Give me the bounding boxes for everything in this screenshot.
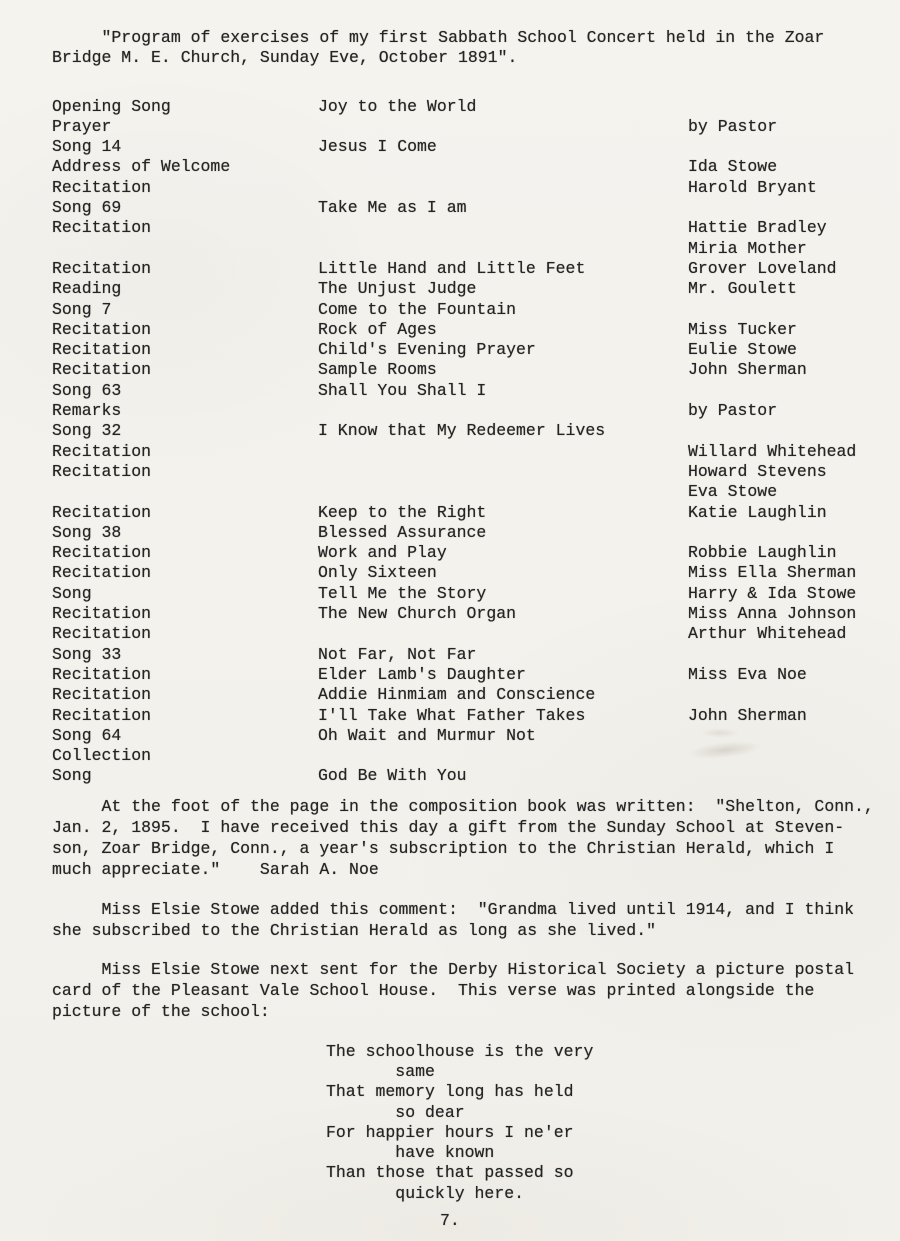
paragraph-line: At the foot of the page in the compositi… bbox=[52, 796, 880, 817]
verse-line: That memory long has held bbox=[326, 1082, 880, 1102]
paper-smudge-small bbox=[700, 728, 740, 738]
program-row: Opening Song Joy to the World bbox=[52, 97, 880, 117]
program-item-title: Oh Wait and Murmur Not bbox=[318, 726, 688, 746]
program-item-performer bbox=[688, 97, 880, 117]
program-item-type: Song bbox=[52, 584, 318, 604]
program-item-title: I Know that My Redeemer Lives bbox=[318, 421, 688, 441]
program-row: Prayer by Pastor bbox=[52, 117, 880, 137]
program-item-type bbox=[52, 239, 318, 259]
note-paragraph-comment: Miss Elsie Stowe added this comment: "Gr… bbox=[52, 899, 880, 941]
intro-line: Bridge M. E. Church, Sunday Eve, October… bbox=[52, 48, 880, 68]
verse-line: so dear bbox=[326, 1103, 880, 1123]
program-item-performer: by Pastor bbox=[688, 117, 880, 137]
program-item-title: Little Hand and Little Feet bbox=[318, 259, 688, 279]
program-item-performer: Miss Ella Sherman bbox=[688, 563, 880, 583]
program-item-type: Recitation bbox=[52, 340, 318, 360]
program-item-performer: Eva Stowe bbox=[688, 482, 880, 502]
program-item-title: Work and Play bbox=[318, 543, 688, 563]
program-item-title: Jesus I Come bbox=[318, 137, 688, 157]
program-item-performer: Robbie Laughlin bbox=[688, 543, 880, 563]
program-item-title: Come to the Fountain bbox=[318, 300, 688, 320]
note-paragraph-gift: At the foot of the page in the compositi… bbox=[52, 796, 880, 880]
program-row: Eva Stowe bbox=[52, 482, 880, 502]
program-item-type: Collection bbox=[52, 746, 318, 766]
program-row: Song 69 Take Me as I am bbox=[52, 198, 880, 218]
program-item-type: Address of Welcome bbox=[52, 157, 318, 177]
program-item-performer bbox=[688, 766, 880, 786]
program-item-type: Recitation bbox=[52, 503, 318, 523]
program-row: Recitation Elder Lamb's Daughter Miss Ev… bbox=[52, 665, 880, 685]
program-item-title: Rock of Ages bbox=[318, 320, 688, 340]
program-item-performer: John Sherman bbox=[688, 360, 880, 380]
program-item-title: Elder Lamb's Daughter bbox=[318, 665, 688, 685]
program-row: Song 32 I Know that My Redeemer Lives bbox=[52, 421, 880, 441]
program-item-type: Recitation bbox=[52, 360, 318, 380]
program-item-performer: Eulie Stowe bbox=[688, 340, 880, 360]
program-row: Song 38 Blessed Assurance bbox=[52, 523, 880, 543]
program-item-type: Song 33 bbox=[52, 645, 318, 665]
note-paragraph-postcard: Miss Elsie Stowe next sent for the Derby… bbox=[52, 959, 880, 1022]
program-item-title bbox=[318, 157, 688, 177]
program-row: Recitation Keep to the Right Katie Laugh… bbox=[52, 503, 880, 523]
program-item-performer: Willard Whitehead bbox=[688, 442, 880, 462]
program-item-type: Song 63 bbox=[52, 381, 318, 401]
program-item-performer: Katie Laughlin bbox=[688, 503, 880, 523]
program-item-title: The New Church Organ bbox=[318, 604, 688, 624]
program-item-type: Song 32 bbox=[52, 421, 318, 441]
program-item-performer: John Sherman bbox=[688, 706, 880, 726]
paragraph-line: Jan. 2, 1895. I have received this day a… bbox=[52, 817, 880, 838]
program-item-type: Reading bbox=[52, 279, 318, 299]
intro-paragraph: "Program of exercises of my first Sabbat… bbox=[52, 28, 880, 69]
program-item-type: Song 14 bbox=[52, 137, 318, 157]
program-row: Remarks by Pastor bbox=[52, 401, 880, 421]
program-list: Opening Song Joy to the World Prayer by … bbox=[52, 97, 880, 787]
program-item-title: Keep to the Right bbox=[318, 503, 688, 523]
program-row: Recitation I'll Take What Father Takes J… bbox=[52, 706, 880, 726]
program-item-title: Tell Me the Story bbox=[318, 584, 688, 604]
program-item-title: Not Far, Not Far bbox=[318, 645, 688, 665]
program-item-type: Song 64 bbox=[52, 726, 318, 746]
program-item-title: I'll Take What Father Takes bbox=[318, 706, 688, 726]
paragraph-line: card of the Pleasant Vale School House. … bbox=[52, 980, 880, 1001]
paragraph-line: she subscribed to the Christian Herald a… bbox=[52, 920, 880, 941]
program-item-type: Song 38 bbox=[52, 523, 318, 543]
program-item-title: The Unjust Judge bbox=[318, 279, 688, 299]
program-item-title bbox=[318, 482, 688, 502]
program-item-type: Recitation bbox=[52, 604, 318, 624]
verse-line: For happier hours I ne'er bbox=[326, 1123, 880, 1143]
program-item-performer bbox=[688, 685, 880, 705]
program-item-performer: Harold Bryant bbox=[688, 178, 880, 198]
program-item-title: Addie Hinmiam and Conscience bbox=[318, 685, 688, 705]
schoolhouse-verse: The schoolhouse is the very same That me… bbox=[326, 1042, 880, 1204]
page-number: 7. bbox=[440, 1211, 880, 1231]
program-row: Recitation Harold Bryant bbox=[52, 178, 880, 198]
paragraph-line: son, Zoar Bridge, Conn., a year's subscr… bbox=[52, 838, 880, 859]
program-item-type: Song 69 bbox=[52, 198, 318, 218]
program-item-title bbox=[318, 624, 688, 644]
program-row: Recitation Only Sixteen Miss Ella Sherma… bbox=[52, 563, 880, 583]
program-item-performer: Mr. Goulett bbox=[688, 279, 880, 299]
program-item-title bbox=[318, 218, 688, 238]
paragraph-line: Miss Elsie Stowe added this comment: "Gr… bbox=[52, 899, 880, 920]
program-item-title: Shall You Shall I bbox=[318, 381, 688, 401]
program-row: Recitation Willard Whitehead bbox=[52, 442, 880, 462]
program-row: Recitation Addie Hinmiam and Conscience bbox=[52, 685, 880, 705]
program-item-performer: Ida Stowe bbox=[688, 157, 880, 177]
scanned-document-page: "Program of exercises of my first Sabbat… bbox=[0, 0, 900, 1241]
program-row: Song 7 Come to the Fountain bbox=[52, 300, 880, 320]
program-item-title bbox=[318, 117, 688, 137]
program-item-type: Recitation bbox=[52, 442, 318, 462]
program-item-performer: Arthur Whitehead bbox=[688, 624, 880, 644]
program-row: Song God Be With You bbox=[52, 766, 880, 786]
program-item-performer: Miria Mother bbox=[688, 239, 880, 259]
program-row: Recitation Little Hand and Little Feet G… bbox=[52, 259, 880, 279]
program-item-performer: Harry & Ida Stowe bbox=[688, 584, 880, 604]
program-item-performer: Howard Stevens bbox=[688, 462, 880, 482]
program-row: Recitation Child's Evening Prayer Eulie … bbox=[52, 340, 880, 360]
paragraph-line: Miss Elsie Stowe next sent for the Derby… bbox=[52, 959, 880, 980]
program-item-type: Prayer bbox=[52, 117, 318, 137]
paragraph-line: much appreciate." Sarah A. Noe bbox=[52, 859, 880, 880]
program-item-type: Recitation bbox=[52, 259, 318, 279]
program-item-performer bbox=[688, 421, 880, 441]
program-row: Song Tell Me the Story Harry & Ida Stowe bbox=[52, 584, 880, 604]
program-item-performer bbox=[688, 523, 880, 543]
paragraph-line: picture of the school: bbox=[52, 1001, 880, 1022]
program-row: Reading The Unjust Judge Mr. Goulett bbox=[52, 279, 880, 299]
verse-line: The schoolhouse is the very bbox=[326, 1042, 880, 1062]
program-row: Recitation Howard Stevens bbox=[52, 462, 880, 482]
program-item-performer: Grover Loveland bbox=[688, 259, 880, 279]
program-row: Recitation The New Church Organ Miss Ann… bbox=[52, 604, 880, 624]
program-item-performer: Miss Anna Johnson bbox=[688, 604, 880, 624]
program-item-performer bbox=[688, 645, 880, 665]
program-item-type: Recitation bbox=[52, 706, 318, 726]
program-item-performer bbox=[688, 300, 880, 320]
program-row: Song 63 Shall You Shall I bbox=[52, 381, 880, 401]
program-item-title: God Be With You bbox=[318, 766, 688, 786]
program-item-type: Recitation bbox=[52, 685, 318, 705]
program-item-title bbox=[318, 462, 688, 482]
program-row: Recitation Arthur Whitehead bbox=[52, 624, 880, 644]
program-row: Miria Mother bbox=[52, 239, 880, 259]
program-item-title: Child's Evening Prayer bbox=[318, 340, 688, 360]
program-item-title bbox=[318, 401, 688, 421]
verse-line: Than those that passed so bbox=[326, 1163, 880, 1183]
verse-line: same bbox=[326, 1062, 880, 1082]
program-item-type: Opening Song bbox=[52, 97, 318, 117]
program-item-performer: Miss Eva Noe bbox=[688, 665, 880, 685]
program-row: Song 14 Jesus I Come bbox=[52, 137, 880, 157]
program-item-type: Recitation bbox=[52, 543, 318, 563]
program-item-title: Blessed Assurance bbox=[318, 523, 688, 543]
program-item-performer: Hattie Bradley bbox=[688, 218, 880, 238]
program-item-performer bbox=[688, 381, 880, 401]
program-row: Recitation Sample Rooms John Sherman bbox=[52, 360, 880, 380]
program-item-title bbox=[318, 746, 688, 766]
program-item-title bbox=[318, 178, 688, 198]
program-item-type: Recitation bbox=[52, 218, 318, 238]
program-item-performer: Miss Tucker bbox=[688, 320, 880, 340]
program-item-type: Recitation bbox=[52, 665, 318, 685]
program-item-title: Sample Rooms bbox=[318, 360, 688, 380]
program-item-type: Song bbox=[52, 766, 318, 786]
intro-line: "Program of exercises of my first Sabbat… bbox=[52, 28, 880, 48]
program-item-type: Recitation bbox=[52, 624, 318, 644]
program-item-performer bbox=[688, 137, 880, 157]
program-item-type: Recitation bbox=[52, 178, 318, 198]
program-item-type: Recitation bbox=[52, 563, 318, 583]
program-item-performer: by Pastor bbox=[688, 401, 880, 421]
program-row: Song 33 Not Far, Not Far bbox=[52, 645, 880, 665]
program-item-type: Remarks bbox=[52, 401, 318, 421]
program-item-type: Recitation bbox=[52, 320, 318, 340]
program-item-type: Recitation bbox=[52, 462, 318, 482]
program-item-title: Only Sixteen bbox=[318, 563, 688, 583]
verse-line: have known bbox=[326, 1143, 880, 1163]
program-row: Address of Welcome Ida Stowe bbox=[52, 157, 880, 177]
program-row: Recitation Work and Play Robbie Laughlin bbox=[52, 543, 880, 563]
program-item-title: Joy to the World bbox=[318, 97, 688, 117]
program-item-title bbox=[318, 442, 688, 462]
program-row: Recitation Rock of Ages Miss Tucker bbox=[52, 320, 880, 340]
program-item-title: Take Me as I am bbox=[318, 198, 688, 218]
program-row: Recitation Hattie Bradley bbox=[52, 218, 880, 238]
program-item-title bbox=[318, 239, 688, 259]
verse-line: quickly here. bbox=[326, 1184, 880, 1204]
program-item-type: Song 7 bbox=[52, 300, 318, 320]
program-item-performer bbox=[688, 198, 880, 218]
program-item-type bbox=[52, 482, 318, 502]
